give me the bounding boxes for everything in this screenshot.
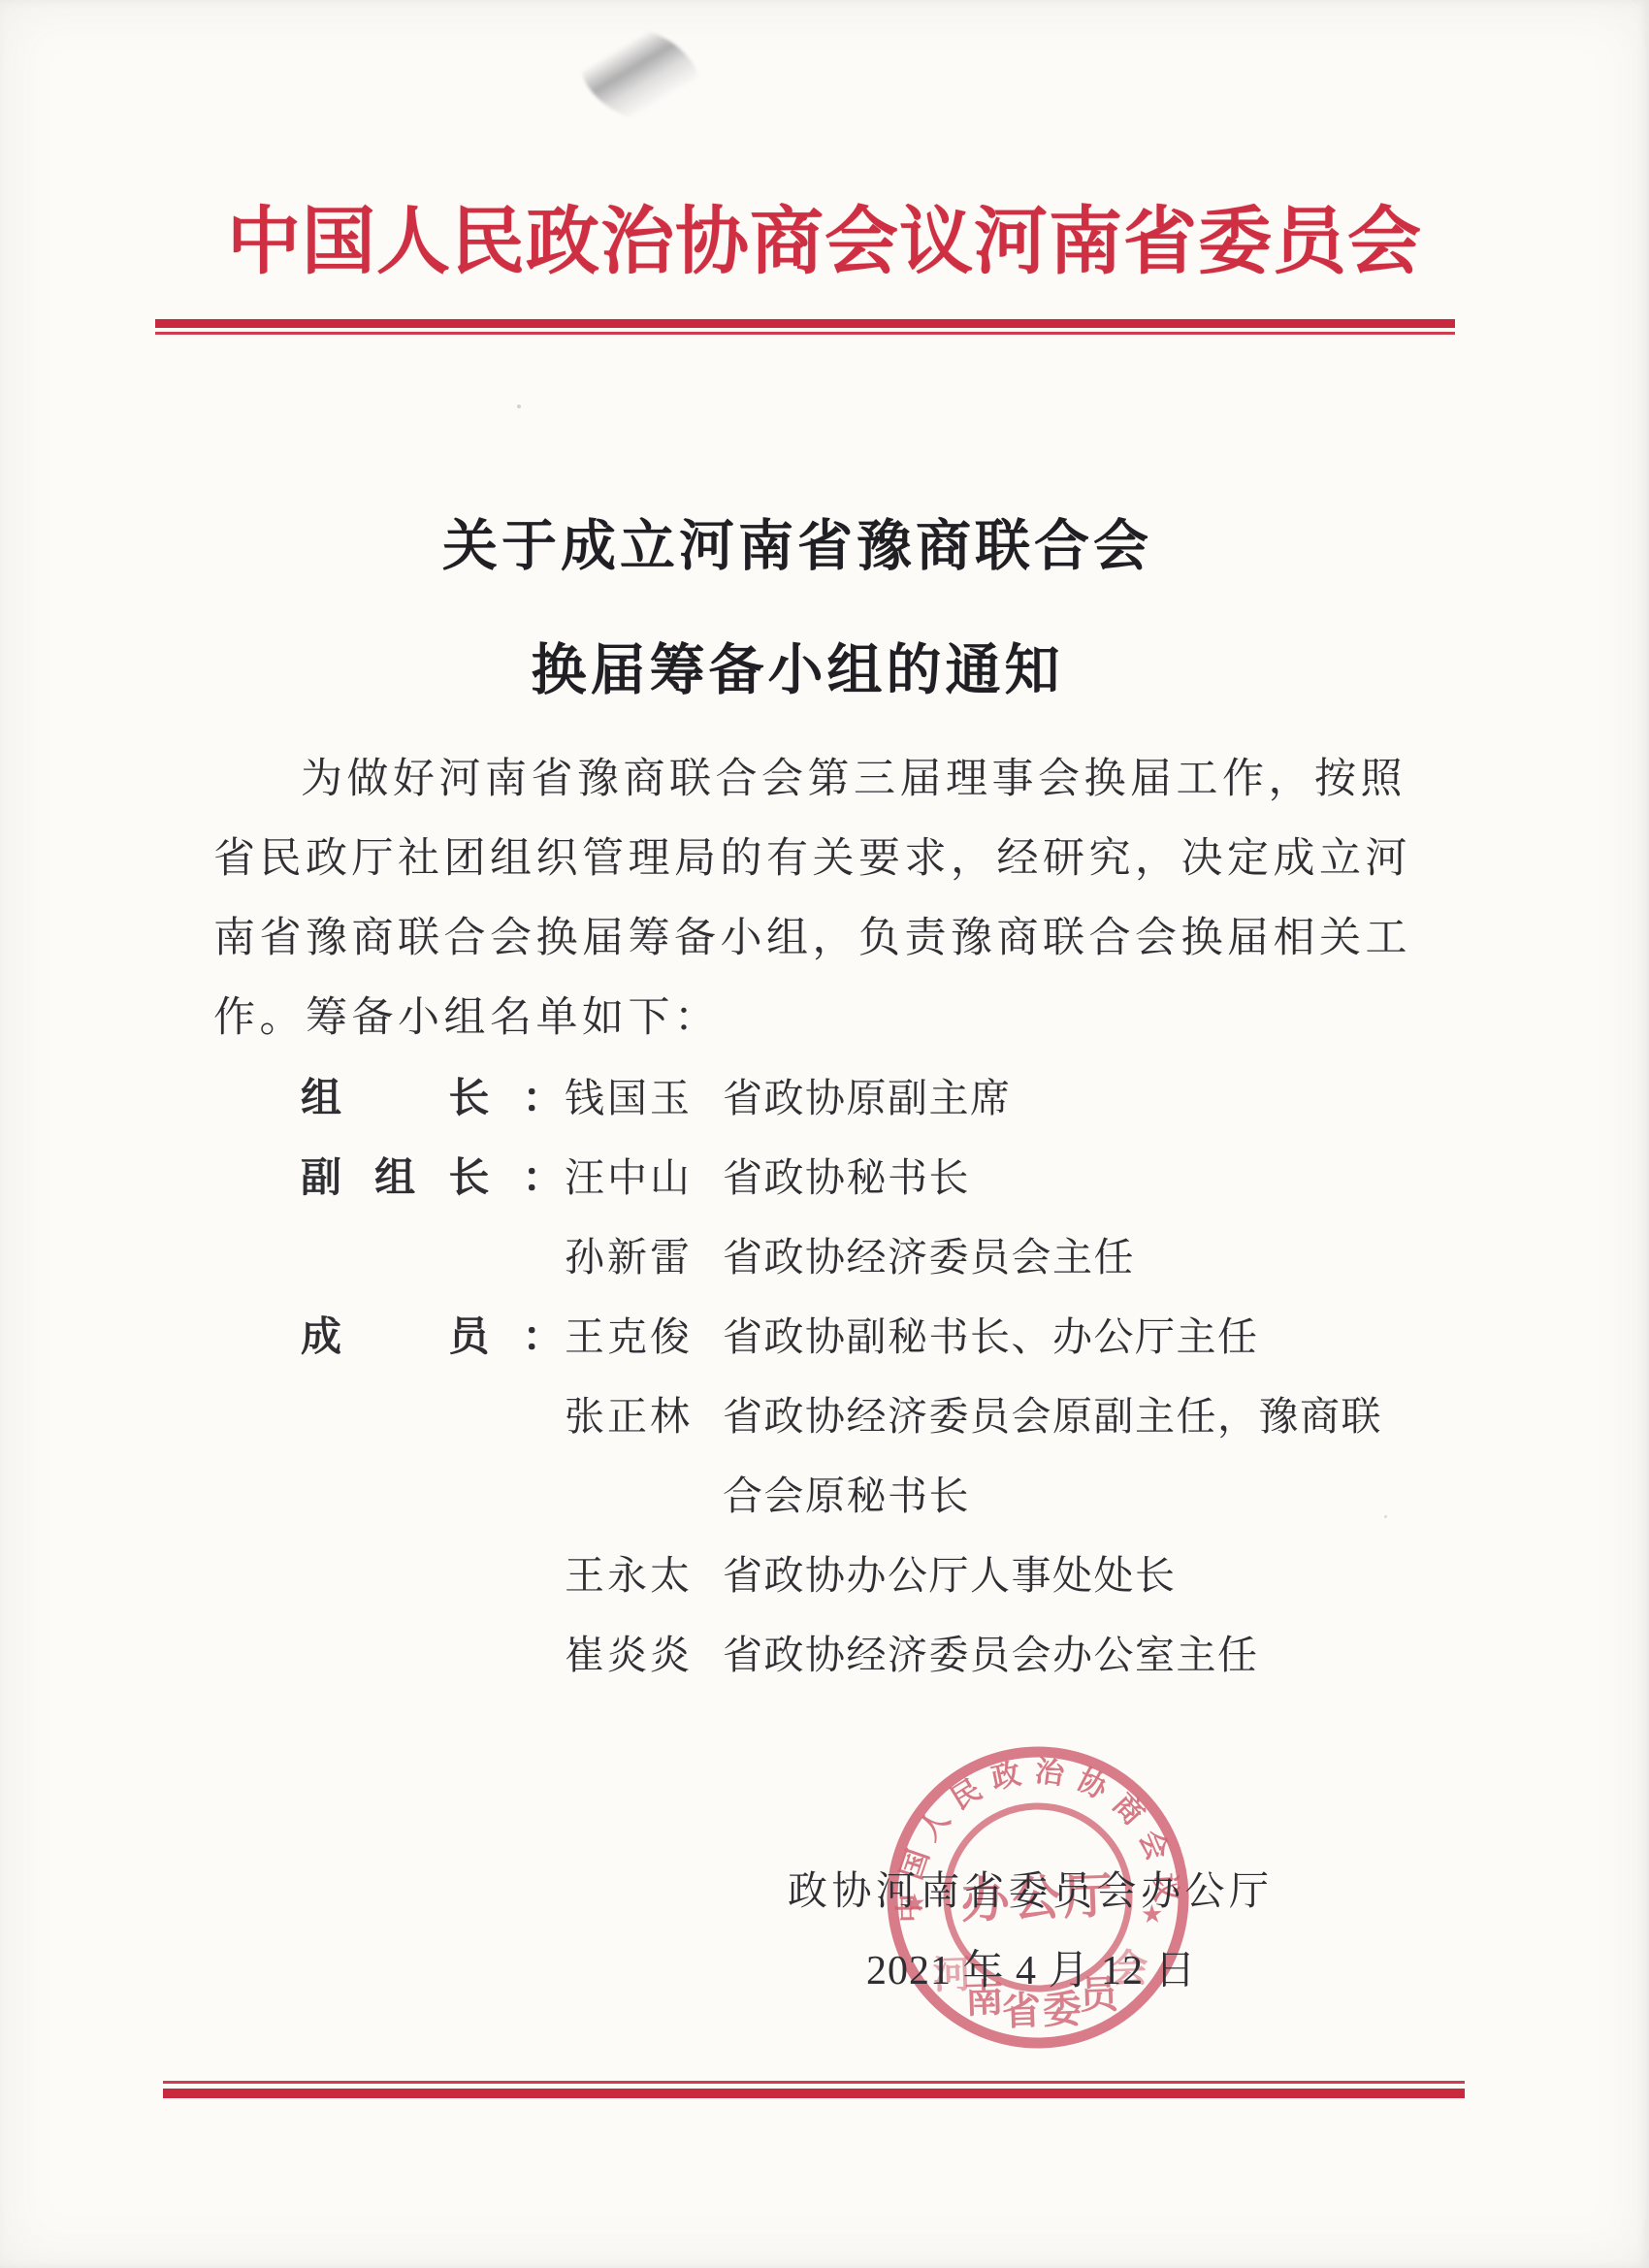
- rule-thick-bar: [163, 2089, 1465, 2098]
- roster-row-member: 成 员：王克俊省政协副秘书长、办公厅主任: [301, 1313, 1259, 1360]
- scan-smudge-artifact: [565, 9, 715, 140]
- roster-row-leader: 组 长：钱国玉省政协原副主席: [301, 1075, 1012, 1121]
- footer-double-rule: [163, 2081, 1465, 2098]
- rule-thick-bar: [155, 319, 1455, 328]
- roster-person-title: 省政协经济委员会办公室主任: [723, 1633, 1259, 1677]
- roster-person-title: 省政协秘书长: [723, 1155, 970, 1200]
- document-date: 2021 年 4 月 12 日: [866, 1947, 1197, 1995]
- roster-person-name: 张正林: [565, 1393, 723, 1440]
- roster-row-deputy-leader: 孙新雷省政协经济委员会主任: [301, 1234, 1135, 1280]
- rule-thin-bar: [163, 2081, 1465, 2084]
- paragraph-line: 省民政厅社团组织管理局的有关要求，经研究，决定成立河: [213, 836, 1411, 883]
- issuing-office-signature: 政协河南省委员会办公厅: [788, 1866, 1274, 1915]
- roster-row-member: 崔炎炎省政协经济委员会办公室主任: [301, 1632, 1259, 1678]
- roster-person-name: 王永太: [565, 1552, 723, 1599]
- roster-person-name: 孙新雷: [565, 1234, 723, 1280]
- document-title-line1: 关于成立河南省豫商联合会: [0, 502, 1622, 581]
- roster-person-title: 省政协经济委员会主任: [723, 1235, 1135, 1280]
- roster-row-member-continuation: 合会原秘书长: [301, 1473, 970, 1519]
- scan-speck: [1384, 1515, 1387, 1518]
- letterhead-org-name: 中国人民政治协商会议河南省委员会: [0, 196, 1649, 289]
- roster-row-member: 王永太省政协办公厅人事处处长: [301, 1552, 1177, 1599]
- document-page: 中国人民政治协商会议河南省委员会 关于成立河南省豫商联合会 换届筹备小组的通知 …: [0, 0, 1649, 2268]
- roster-role-label: 组 长：: [301, 1075, 565, 1121]
- roster-person-title: 省政协原副主席: [723, 1076, 1012, 1120]
- scan-speck: [517, 405, 521, 408]
- roster-person-name: 崔炎炎: [565, 1632, 723, 1678]
- roster-person-name: 汪中山: [565, 1154, 723, 1201]
- roster-person-title: 省政协副秘书长、办公厅主任: [723, 1314, 1259, 1359]
- paragraph-line: 南省豫商联合会换届筹备小组，负责豫商联合会换届相关工: [213, 916, 1411, 962]
- roster-person-title: 省政协办公厅人事处处长: [723, 1553, 1177, 1598]
- roster-role-label: 副组长：: [301, 1154, 565, 1201]
- roster-person-name: 钱国玉: [565, 1075, 723, 1121]
- document-title-line2: 换届筹备小组的通知: [0, 626, 1622, 705]
- roster-row-deputy-leader: 副组长：汪中山省政协秘书长: [301, 1154, 970, 1201]
- roster-person-title: 合会原秘书长: [723, 1474, 970, 1518]
- rule-thin-bar: [155, 332, 1455, 335]
- letterhead-double-rule: [155, 319, 1455, 335]
- roster-person-name: 王克俊: [565, 1313, 723, 1360]
- roster-role-label: 成 员：: [301, 1313, 565, 1360]
- roster-person-title: 省政协经济委员会原副主任，豫商联: [723, 1394, 1382, 1439]
- paragraph-line: 作。筹备小组名单如下：: [213, 995, 721, 1042]
- roster-row-member: 张正林省政协经济委员会原副主任，豫商联: [301, 1393, 1382, 1440]
- paragraph-line: 为做好河南省豫商联合会第三届理事会换届工作，按照: [213, 757, 1406, 803]
